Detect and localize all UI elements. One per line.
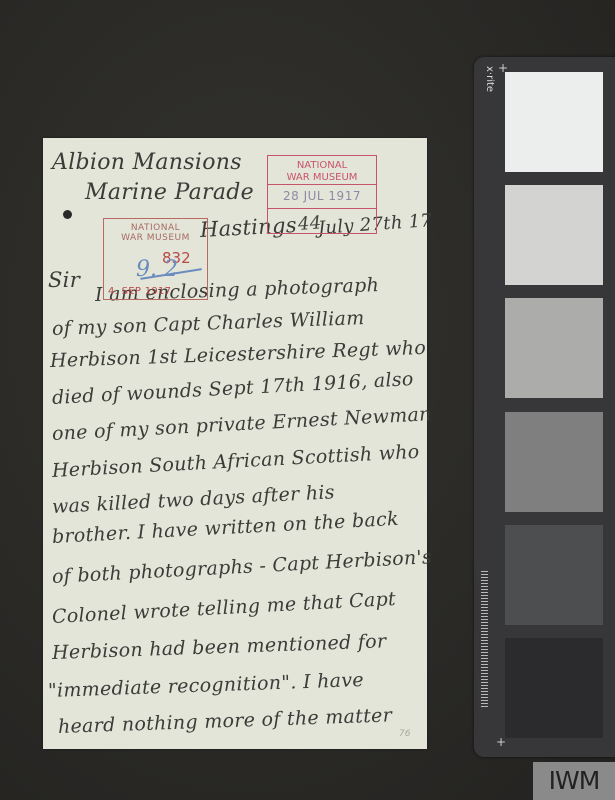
stamp-header-line: NATIONAL xyxy=(268,160,376,172)
salutation: Sir xyxy=(48,268,80,292)
color-patch-mid-gray xyxy=(505,298,603,398)
address-line-2: Marine Parade xyxy=(85,180,254,205)
color-patch-dark-gray xyxy=(505,525,603,625)
registration-stamp: NATIONAL WAR MUSEUM 832 9. 2 4. SEP 1917 xyxy=(103,218,208,300)
stamp-header: NATIONAL WAR MUSEUM xyxy=(268,156,376,185)
stamp-header: NATIONAL WAR MUSEUM xyxy=(104,219,207,243)
stamp-date: 28 JUL 1917 xyxy=(268,185,376,209)
color-patch-black xyxy=(505,638,603,738)
iwm-watermark: IWM xyxy=(533,762,615,800)
address-line-1: Albion Mansions xyxy=(52,150,242,175)
stamp-date: 4. SEP 1917 xyxy=(108,286,171,297)
scale-ruler xyxy=(481,571,488,707)
punch-hole xyxy=(63,210,72,219)
page-number: 76 xyxy=(399,729,410,739)
xrite-logo: x·rite xyxy=(481,66,495,126)
color-patch-white xyxy=(505,72,603,172)
stamp-header-line: WAR MUSEUM xyxy=(268,172,376,184)
color-patch-light-gray xyxy=(505,185,603,285)
stamp-header-line: NATIONAL xyxy=(104,223,207,233)
stamp-header-line: WAR MUSEUM xyxy=(104,233,207,243)
color-patch-gray xyxy=(505,412,603,512)
received-stamp: NATIONAL WAR MUSEUM 28 JUL 1917 xyxy=(267,155,377,234)
